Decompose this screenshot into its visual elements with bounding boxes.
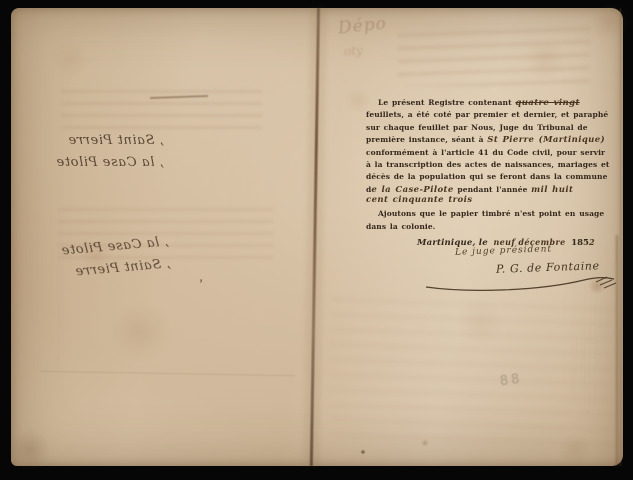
- offset-line: , la Case Pilote: [56, 152, 164, 174]
- attestation-line: conformément à l'article 41 du Code civi…: [366, 147, 596, 159]
- ghost-handwriting-lines: [330, 298, 612, 448]
- handwritten-insert: e la Case-Pilote: [371, 185, 453, 195]
- printed-year: 185: [571, 238, 589, 248]
- page-stack-edge: [620, 8, 621, 466]
- pencil-folio-number: 88: [499, 372, 523, 390]
- handwritten-insert: quatre vingt: [515, 98, 579, 108]
- attestation-line: Ajoutons que le papier timbré n'est poin…: [366, 208, 596, 220]
- offset-line: , Saint Pierre: [56, 130, 164, 152]
- printed-text: Le présent Registre contenant: [378, 98, 512, 107]
- printed-text: pendant l'année: [457, 185, 527, 194]
- attestation-line: à la transcription des actes de naissanc…: [366, 159, 596, 171]
- printed-text: première instance, séant à: [366, 135, 484, 144]
- ghost-handwriting-note: oty: [344, 43, 364, 58]
- register-attestation: Le présent Registre contenant quatre vin…: [366, 97, 596, 233]
- page-edge-crease: [616, 235, 618, 466]
- scanned-register-spread: , Saint Pierre , la Case Pilote , la Cas…: [0, 0, 633, 480]
- attestation-line: décès de la population qui se feront dan…: [366, 171, 596, 183]
- signature-flourish: [424, 272, 620, 294]
- mirrored-offset-text-bottom: , la Case Pilote , Saint Pierre: [60, 231, 171, 284]
- attestation-line: sur chaque feuillet par Nous, Juge du Tr…: [366, 122, 596, 134]
- mirrored-offset-text-top: , Saint Pierre , la Case Pilote: [56, 130, 164, 174]
- handwritten-insert: mil huit: [531, 185, 573, 195]
- attestation-line: première instance, séant à St Pierre (Ma…: [366, 134, 596, 146]
- attestation-line: Le présent Registre contenant quatre vin…: [366, 97, 596, 109]
- handwritten-insert: cent cinquante trois: [366, 195, 596, 206]
- handwritten-insert: St Pierre (Martinique): [487, 135, 605, 145]
- attestation-line: feuillets, a été coté par premier et der…: [366, 109, 596, 121]
- ghost-handwriting-lines: [398, 24, 590, 86]
- handwritten-year-digit: 2: [589, 237, 595, 247]
